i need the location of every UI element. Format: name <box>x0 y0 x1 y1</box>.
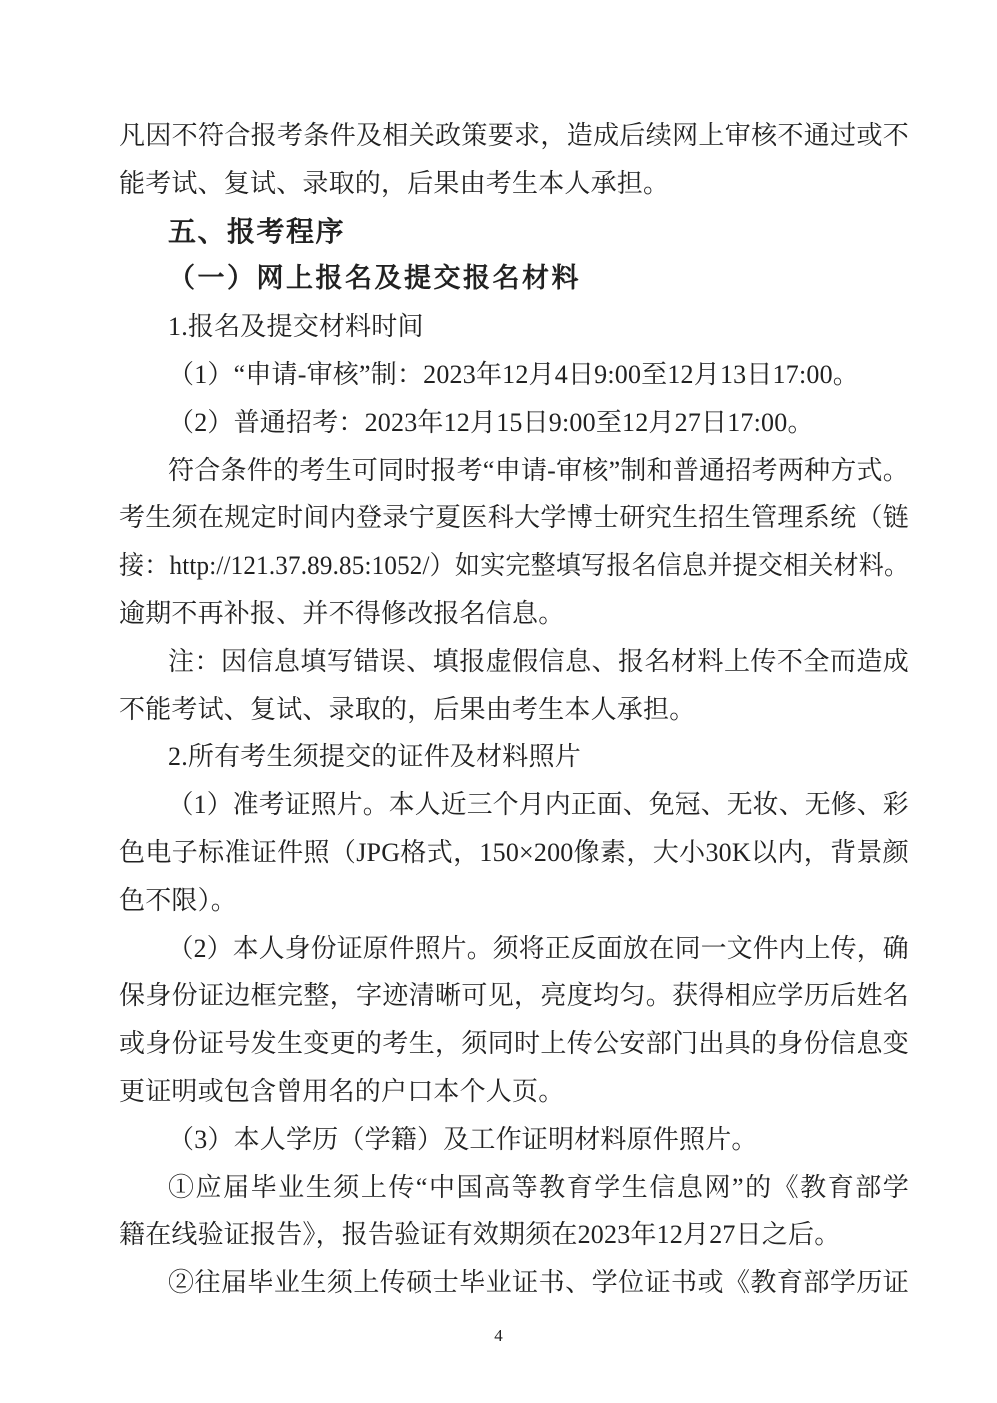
list-item-heading: 1.报名及提交材料时间 <box>119 303 909 351</box>
doc-line: （1）“申请-审核”制：2023年12月4日9:00至12月13日17:00。 <box>119 351 909 399</box>
doc-line: 符合条件的考生可同时报考“申请-审核”制和普通招考两种方式。 <box>119 447 909 495</box>
list-item-heading: 2.所有考生须提交的证件及材料照片 <box>119 733 909 781</box>
doc-line: 或身份证号发生变更的考生，须同时上传公安部门出具的身份信息变 <box>119 1020 909 1068</box>
doc-line: 考生须在规定时间内登录宁夏医科大学博士研究生招生管理系统（链 <box>119 494 909 542</box>
doc-line: 色不限）。 <box>119 877 909 925</box>
section-heading: 五、报考程序 <box>119 208 909 256</box>
doc-line: ②往届毕业生须上传硕士毕业证书、学位证书或《教育部学历证 <box>119 1259 909 1307</box>
doc-line: （1）准考证照片。本人近三个月内正面、免冠、无妆、无修、彩 <box>119 781 903 829</box>
doc-line: 更证明或包含曾用名的户口本个人页。 <box>119 1068 909 1116</box>
doc-line: 能考试、复试、录取的，后果由考生本人承担。 <box>119 160 909 208</box>
doc-line: ①应届毕业生须上传“中国高等教育学生信息网”的《教育部学 <box>119 1164 909 1212</box>
doc-line: （3）本人学历（学籍）及工作证明材料原件照片。 <box>119 1116 909 1164</box>
page-number: 4 <box>0 1324 997 1348</box>
doc-line: （2）本人身份证原件照片。须将正反面放在同一文件内上传，确 <box>119 925 903 973</box>
doc-line: 凡因不符合报考条件及相关政策要求，造成后续网上审核不通过或不 <box>119 112 909 160</box>
doc-line: 籍在线验证报告》，报告验证有效期须在2023年12月27日之后。 <box>119 1211 909 1259</box>
subsection-heading: （一）网上报名及提交报名材料 <box>119 255 909 303</box>
doc-line: 逾期不再补报、并不得修改报名信息。 <box>119 590 909 638</box>
doc-line: 保身份证边框完整，字迹清晰可见，亮度均匀。获得相应学历后姓名 <box>119 972 909 1020</box>
doc-line: 不能考试、复试、录取的，后果由考生本人承担。 <box>119 686 909 734</box>
doc-line: 色电子标准证件照（JPG格式，150×200像素，大小30K以内，背景颜 <box>119 829 909 877</box>
doc-line: 接：http://121.37.89.85:1052/）如实完整填写报名信息并提… <box>119 542 880 590</box>
document-body: 凡因不符合报考条件及相关政策要求，造成后续网上审核不通过或不 能考试、复试、录取… <box>119 112 909 1307</box>
document-page: 凡因不符合报考条件及相关政策要求，造成后续网上审核不通过或不 能考试、复试、录取… <box>0 0 997 1403</box>
doc-line: （2）普通招考：2023年12月15日9:00至12月27日17:00。 <box>119 399 909 447</box>
doc-line: 注：因信息填写错误、填报虚假信息、报名材料上传不全而造成 <box>119 638 909 686</box>
